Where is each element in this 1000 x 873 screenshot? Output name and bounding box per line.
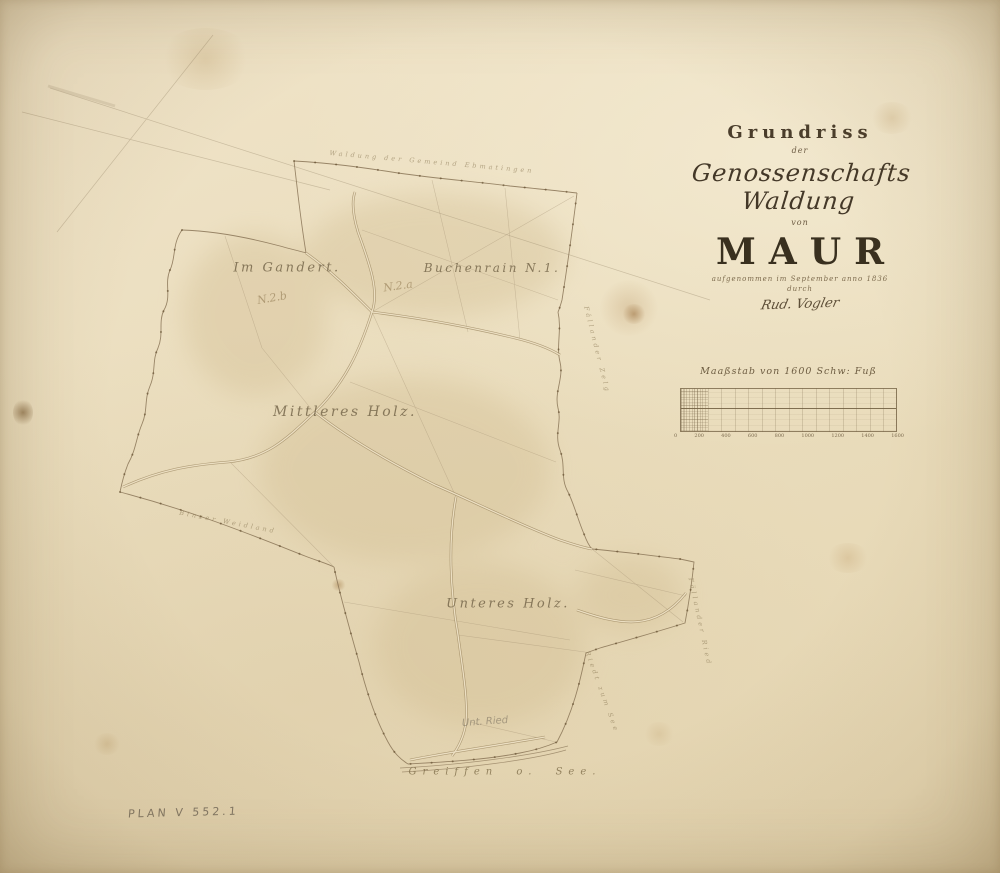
lake-shoreline — [400, 746, 568, 772]
title-von: von — [640, 218, 960, 227]
forest-shading — [183, 193, 682, 727]
scale-tick: 800 — [775, 433, 785, 439]
title-subject: Genossenschafts Waldung — [637, 159, 963, 215]
scale-tick: 1000 — [801, 433, 814, 439]
scale-tick: 1400 — [861, 433, 874, 439]
scanned-map-sheet: Im Gandert. Buchenrain N.1. N.2.b N.2.a … — [0, 0, 1000, 873]
map-title: Grundriss — [640, 122, 960, 143]
scale-tick: 400 — [721, 433, 731, 439]
scale-tick: 1600 — [891, 433, 904, 439]
scale-bar — [680, 388, 897, 432]
scale-bar-subdivisions — [681, 389, 708, 431]
scale-tick: 600 — [748, 433, 758, 439]
scale-tick: 200 — [694, 433, 704, 439]
title-attribution: aufgenommen im September anno 1836 — [640, 275, 960, 283]
scale-ticks: 0 200 400 600 800 1000 1200 1400 1600 — [674, 433, 904, 439]
scale-caption: Maaßstab von 1600 Schw: Fuß — [680, 366, 897, 377]
title-block: Grundriss der Genossenschafts Waldung vo… — [640, 122, 960, 312]
scale-tick: 1200 — [831, 433, 844, 439]
scale-tick: 0 — [674, 433, 677, 439]
title-durch: durch — [640, 285, 960, 293]
title-der: der — [640, 146, 960, 155]
title-place: MAUR — [640, 231, 960, 273]
